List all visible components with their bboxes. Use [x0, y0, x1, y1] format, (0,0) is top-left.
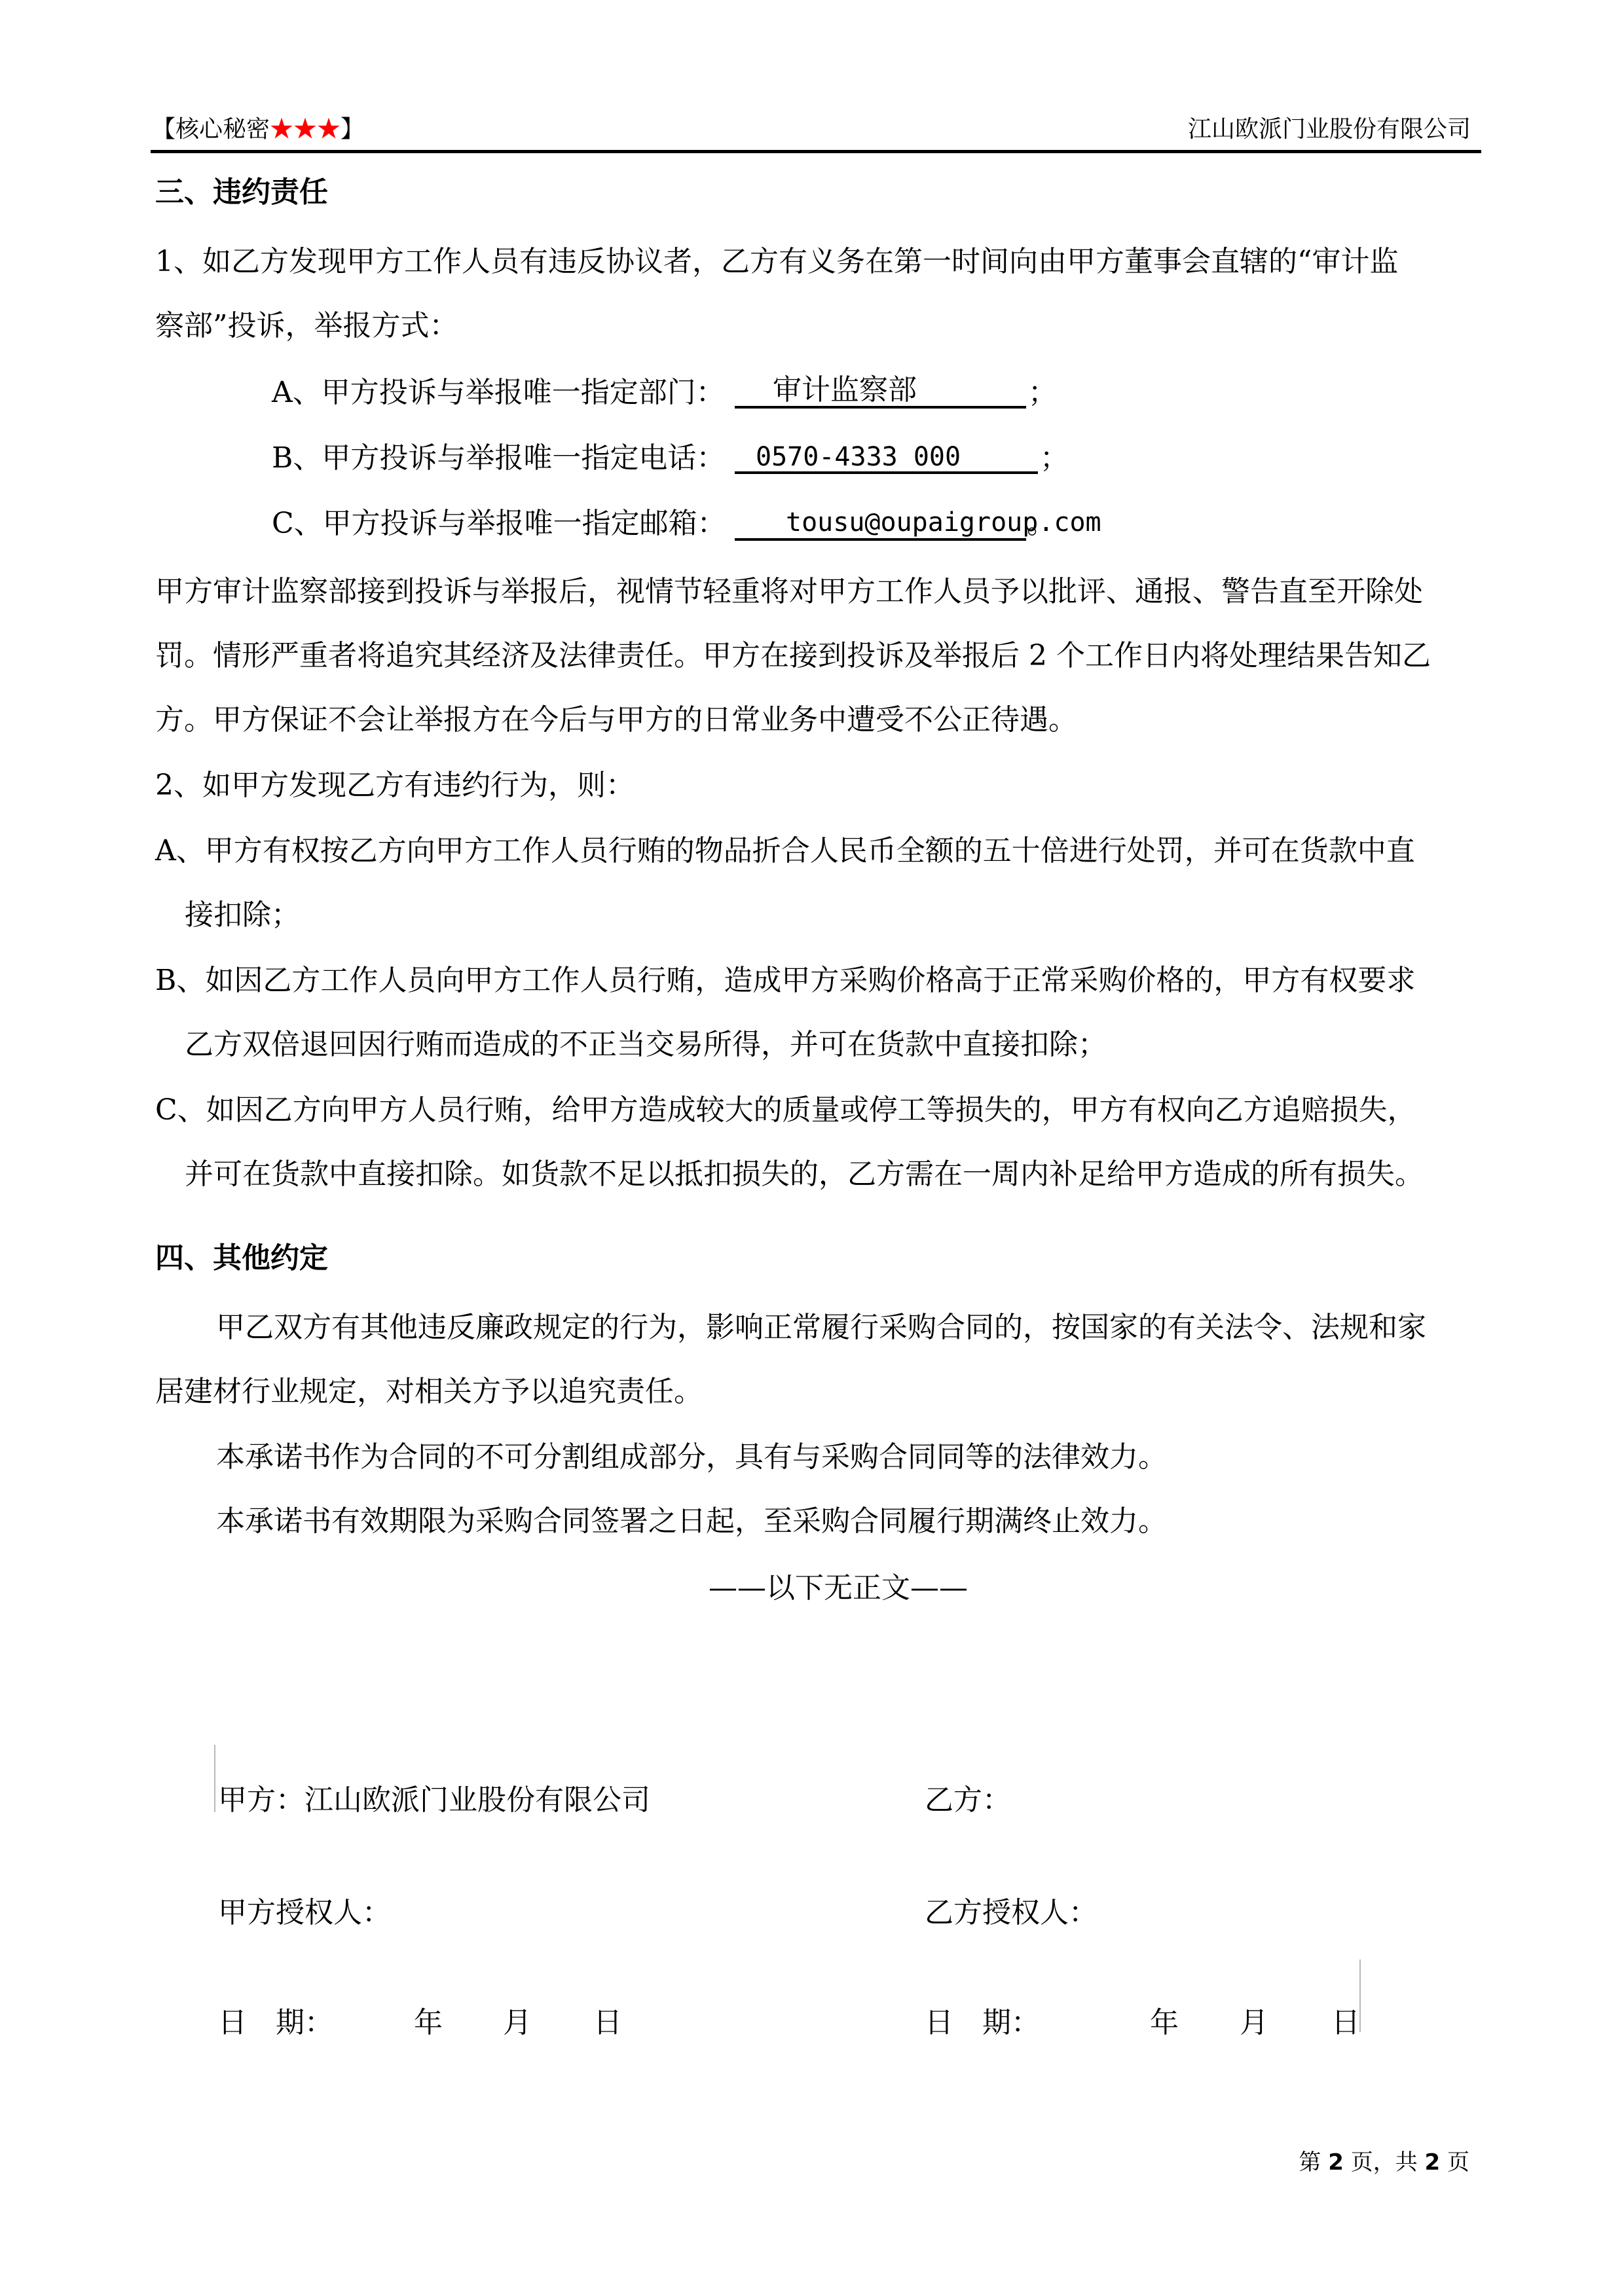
- party-a-authorized: 甲方授权人：: [218, 1899, 391, 1927]
- section-4-para-1-line-1: 甲乙双方有其他违反廉政规定的行为，影响正常履行采购合同的，按国家的有关法令、法规…: [216, 1313, 1426, 1342]
- channel-label: B、甲方投诉与举报唯一指定电话：: [272, 444, 725, 473]
- confidential-text: 核心秘密: [175, 116, 270, 143]
- item-1-line-1: 1、如乙方发现甲方工作人员有违反协议者，乙方有义务在第一时间向由甲方董事会直辖的…: [155, 247, 1399, 276]
- page-suffix: 页: [1447, 2149, 1469, 2176]
- clause-b-line-2: 乙方双倍退回因行贿而造成的不正当交易所得，并可在货款中直接扣除；: [185, 1030, 1107, 1059]
- section-4-title: 四、其他约定: [155, 1244, 328, 1273]
- total-pages: 2: [1425, 2149, 1441, 2176]
- handling-line-2: 罚。情形严重者将追究其经济及法律责任。甲方在接到投诉及举报后 2 个工作日内将处…: [155, 642, 1431, 670]
- channel-value-phone: 0570-4333 000: [756, 444, 961, 470]
- section-3-title: 三、违约责任: [155, 178, 328, 207]
- channel-suffix: 。: [1027, 509, 1056, 538]
- section-4-para-2: 本承诺书作为合同的不可分割组成部分，具有与采购合同同等的法律效力。: [216, 1443, 1167, 1472]
- clause-a-line-1: A、甲方有权按乙方向甲方工作人员行贿的物品折合人民币全额的五十倍进行处罚，并可在…: [155, 837, 1415, 866]
- party-a-month: 月: [503, 2009, 532, 2037]
- confidential-label: 【核心秘密★★★】: [152, 118, 364, 141]
- party-b-year: 年: [1150, 2009, 1179, 2037]
- bracket-open: 【: [152, 116, 175, 143]
- handling-line-1: 甲方审计监察部接到投诉与举报后，视情节轻重将对甲方工作人员予以批评、通报、警告直…: [155, 577, 1423, 606]
- current-page: 2: [1328, 2149, 1344, 2176]
- page-number: 第 2 页，共 2 页: [1299, 2151, 1469, 2174]
- channel-suffix: ；: [1028, 378, 1057, 407]
- party-b-day: 日: [1331, 2009, 1360, 2037]
- underline: [735, 538, 1026, 541]
- channel-value-department: 审计监察部: [773, 376, 917, 405]
- party-b-month: 月: [1240, 2009, 1268, 2037]
- star-rating-icon: ★★★: [270, 116, 341, 143]
- section-4-para-3: 本承诺书有效期限为采购合同签署之日起，至采购合同履行期满终止效力。: [216, 1507, 1167, 1536]
- header-divider: [151, 150, 1481, 153]
- party-a-year: 年: [414, 2009, 443, 2037]
- channel-label: A、甲方投诉与举报唯一指定部门：: [272, 378, 725, 407]
- clause-c-line-2: 并可在货款中直接扣除。如货款不足以抵扣损失的，乙方需在一周内补足给甲方造成的所有…: [185, 1160, 1424, 1189]
- table-border-left: [214, 1745, 215, 1812]
- clause-c-line-1: C、如因乙方向甲方人员行贿，给甲方造成较大的质量或停工等损失的，甲方有权向乙方追…: [155, 1096, 1416, 1125]
- clause-a-line-2: 接扣除；: [185, 901, 300, 930]
- bracket-close: 】: [341, 116, 364, 143]
- page-prefix: 第: [1299, 2149, 1321, 2176]
- item-1-line-2: 察部”投诉，举报方式：: [155, 312, 458, 340]
- header-company-name: 江山欧派门业股份有限公司: [1188, 118, 1471, 141]
- end-of-text-mark: ——以下无正文——: [709, 1574, 968, 1603]
- party-a-date-label: 日 期：: [218, 2009, 333, 2037]
- underline: [735, 471, 1038, 474]
- party-b-authorized: 乙方授权人：: [925, 1899, 1098, 1927]
- page-middle: 页，共: [1351, 2149, 1418, 2176]
- clause-b-line-1: B、如因乙方工作人员向甲方工作人员行贿，造成甲方采购价格高于正常采购价格的，甲方…: [155, 966, 1415, 995]
- channel-label: C、甲方投诉与举报唯一指定邮箱：: [272, 509, 726, 538]
- party-b-date-label: 日 期：: [925, 2009, 1040, 2037]
- channel-suffix: ；: [1040, 444, 1069, 473]
- item-2-intro: 2、如甲方发现乙方有违约行为，则：: [155, 771, 635, 800]
- underline: [735, 406, 1026, 409]
- party-a-name: 甲方：江山欧派门业股份有限公司: [218, 1786, 650, 1815]
- section-4-para-1-line-2: 居建材行业规定，对相关方予以追究责任。: [155, 1377, 703, 1406]
- handling-line-3: 方。甲方保证不会让举报方在今后与甲方的日常业务中遭受不公正待遇。: [155, 706, 1077, 735]
- party-b-name: 乙方：: [925, 1786, 1011, 1815]
- party-a-day: 日: [593, 2009, 622, 2037]
